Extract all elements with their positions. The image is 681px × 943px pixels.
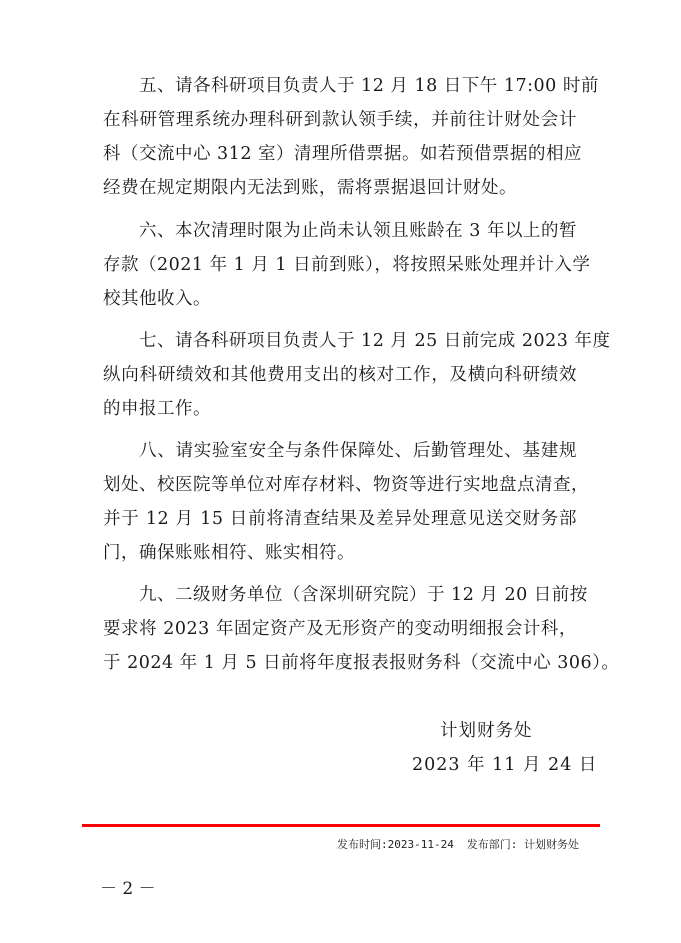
- paragraph-9-line-1: 九、二级财务单位（含深圳研究院）于 12 月 20 日前按: [139, 583, 577, 607]
- paragraph-9-line-3: 于 2024 年 1 月 5 日前将年度报表报财务科（交流中心 306）。: [103, 651, 577, 675]
- paragraph-5-line-2: 在科研管理系统办理科研到款认领手续，并前往计财处会计: [103, 108, 577, 132]
- paragraph-5-line-4: 经费在规定期限内无法到账，需将票据退回计财处。: [103, 176, 577, 200]
- paragraph-8-line-3: 并于 12 月 15 日前将清查结果及差异处理意见送交财务部: [103, 507, 577, 531]
- paragraph-8-line-4: 门，确保账账相符、账实相符。: [103, 541, 577, 565]
- publish-info: 发布时间:2023-11-24 发布部门: 计划财务处: [337, 837, 579, 853]
- paragraph-5-line-1: 五、请各科研项目负责人于 12 月 18 日下午 17:00 时前: [139, 74, 577, 98]
- page-number: － 2 －: [100, 878, 156, 900]
- paragraph-5-line-3: 科（交流中心 312 室）清理所借票据。如若预借票据的相应: [103, 142, 577, 166]
- document-page: 五、请各科研项目负责人于 12 月 18 日下午 17:00 时前 在科研管理系…: [0, 0, 681, 943]
- paragraph-7-line-1: 七、请各科研项目负责人于 12 月 25 日前完成 2023 年度: [139, 329, 577, 353]
- paragraph-8-line-2: 划处、校医院等单位对库存材料、物资等进行实地盘点清查，: [103, 473, 577, 497]
- paragraph-9-line-2: 要求将 2023 年固定资产及无形资产的变动明细报会计科，: [103, 617, 577, 641]
- paragraph-6-line-1: 六、本次清理时限为止尚未认领且账龄在 3 年以上的暂: [139, 219, 577, 243]
- paragraph-6-line-3: 校其他收入。: [103, 287, 577, 311]
- publish-department: 发布部门: 计划财务处: [467, 837, 579, 853]
- signature-date: 2023 年 11 月 24 日: [412, 753, 597, 777]
- signature-department: 计划财务处: [440, 719, 533, 743]
- paragraph-6-line-2: 存款（2021 年 1 月 1 日前到账），将按照呆账处理并计入学: [103, 253, 577, 277]
- paragraph-8-line-1: 八、请实验室安全与条件保障处、后勤管理处、基建规: [139, 439, 577, 463]
- publish-time: 发布时间:2023-11-24: [337, 837, 454, 853]
- paragraph-7-line-3: 的申报工作。: [103, 397, 577, 421]
- footer-red-rule: [82, 824, 600, 827]
- paragraph-7-line-2: 纵向科研绩效和其他费用支出的核对工作，及横向科研绩效: [103, 363, 577, 387]
